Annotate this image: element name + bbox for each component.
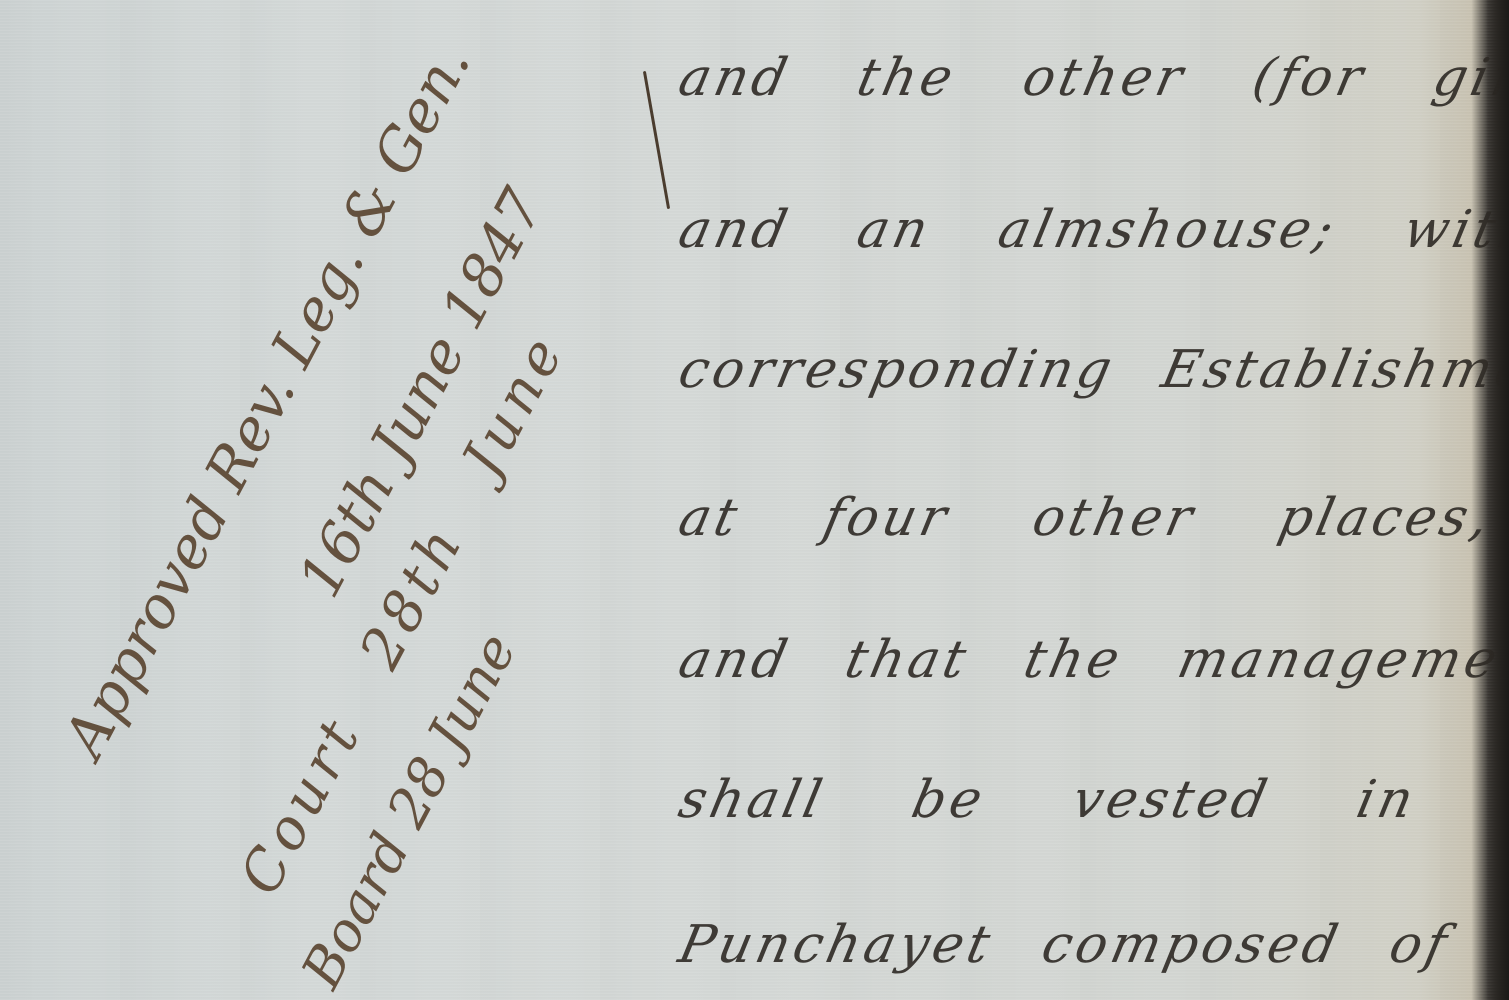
text-line-1: and the other (for girls), xyxy=(674,48,1509,108)
text-line-4: at four other places, xyxy=(674,488,1499,548)
binding-edge xyxy=(1487,0,1509,1000)
text-line-6: shall be vested in a xyxy=(674,770,1509,830)
text-line-3: corresponding Establishments xyxy=(674,340,1509,400)
manuscript-page: Approved Rev. Leg. & Gen. 16th June 1847… xyxy=(0,0,1509,1000)
text-line-2: and an almshouse; with xyxy=(674,200,1509,260)
text-line-7: Punchayet composed of xyxy=(674,915,1456,975)
text-line-5: and that the management xyxy=(674,630,1509,690)
margin-bracket xyxy=(643,71,670,209)
